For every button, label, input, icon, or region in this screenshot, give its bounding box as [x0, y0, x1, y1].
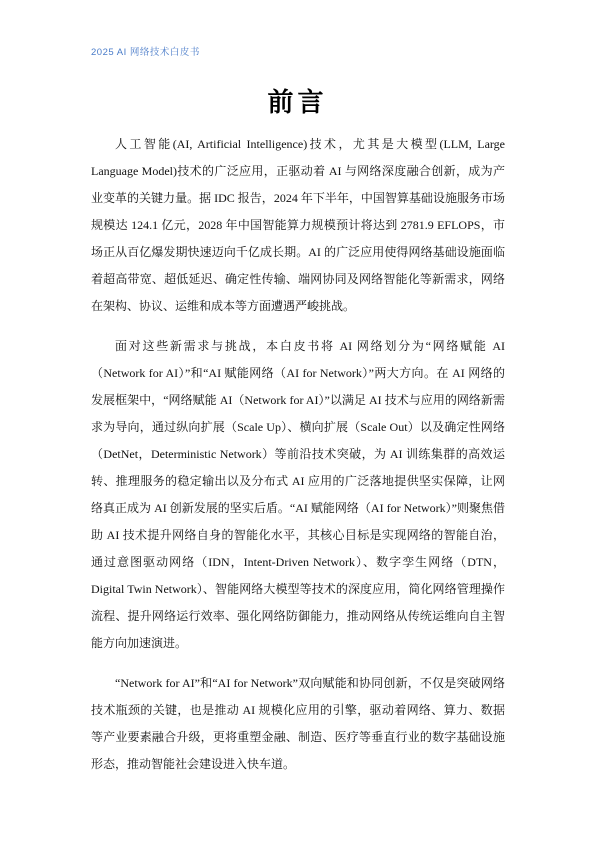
document-page: 2025 AI 网络技术白皮书 前言 人工智能(AI, Artificial I…	[0, 0, 595, 841]
document-body: 人工智能(AI, Artificial Intelligence)技术，尤其是大…	[91, 131, 505, 791]
paragraph-2: 面对这些新需求与挑战，本白皮书将 AI 网络划分为“网络赋能 AI（Networ…	[91, 333, 505, 657]
paragraph-1: 人工智能(AI, Artificial Intelligence)技术，尤其是大…	[91, 131, 505, 320]
page-title: 前言	[0, 82, 595, 119]
paragraph-3: “Network for AI”和“AI for Network”双向赋能和协同…	[91, 670, 505, 778]
page-header: 2025 AI 网络技术白皮书	[91, 44, 200, 58]
